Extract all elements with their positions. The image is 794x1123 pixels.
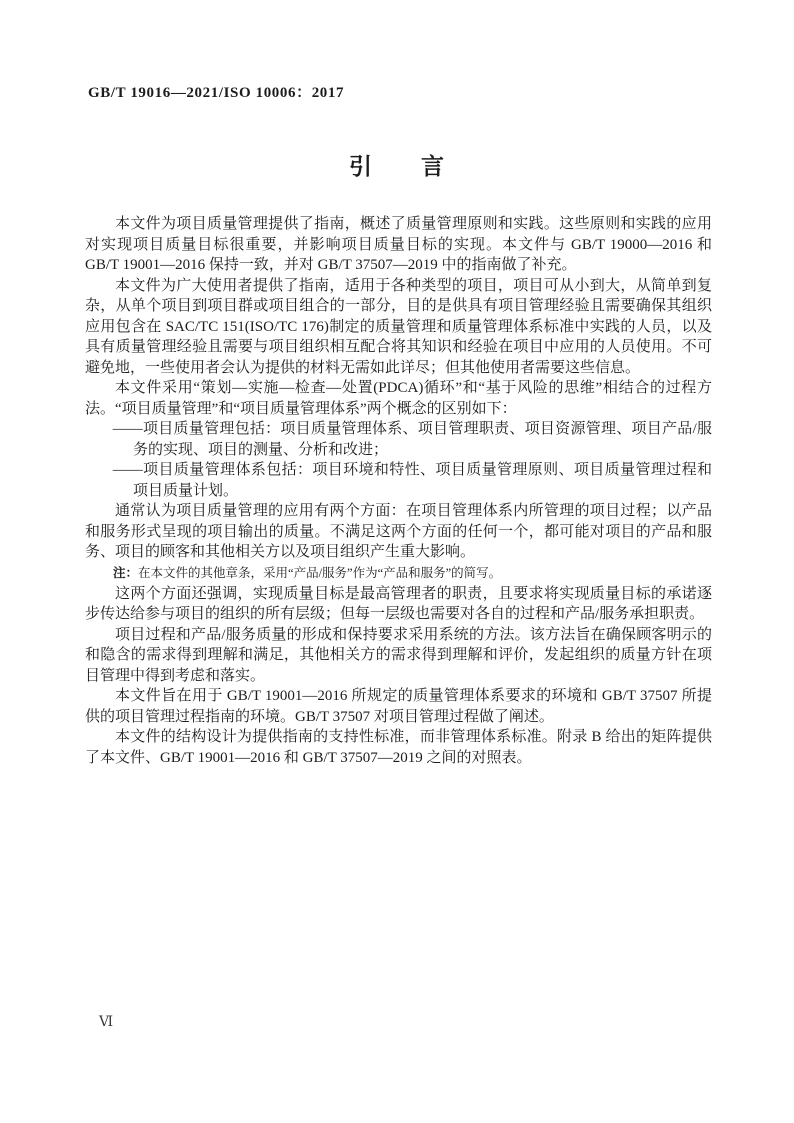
paragraph: 本文件旨在用于 GB/T 19001—2016 所规定的质量管理体系要求的环境和…	[85, 686, 712, 727]
introduction-body: 本文件为项目质量管理提供了指南，概述了质量管理原则和实践。这些原则和实践的应用对…	[85, 214, 712, 768]
standard-document-page: GB/T 19016—2021/ISO 10006：2017 引 言 本文件为项…	[0, 0, 794, 1123]
paragraph: 通常认为项目质量管理的应用有两个方面：在项目管理体系内所管理的项目过程；以产品和…	[85, 501, 712, 563]
paragraph: 这两个方面还强调，实现质量目标是最高管理者的职责，且要求将实现质量目标的承诺逐步…	[85, 584, 712, 625]
paragraph: 本文件为广大使用者提供了指南，适用于各种类型的项目，项目可从小到大，从简单到复杂…	[85, 276, 712, 379]
paragraph: 项目过程和产品/服务质量的形成和保持要求采用系统的方法。该方法旨在确保顾客明示的…	[85, 625, 712, 687]
page-number: Ⅵ	[99, 1014, 114, 1031]
dash-list-item: ——项目质量管理体系包括：项目环境和特性、项目质量管理原则、项目质量管理过程和项…	[85, 460, 712, 501]
paragraph: 本文件为项目质量管理提供了指南，概述了质量管理原则和实践。这些原则和实践的应用对…	[85, 214, 712, 276]
note-line: 注：在本文件的其他章条，采用“产品/服务”作为“产品和服务”的简写。	[85, 563, 712, 584]
note-label: 注：	[113, 566, 138, 580]
standard-number-header: GB/T 19016—2021/ISO 10006：2017	[88, 81, 344, 102]
paragraph: 本文件采用“策划—实施—检查—处置(PDCA)循环”和“基于风险的思维”相结合的…	[85, 378, 712, 419]
page-title: 引 言	[0, 148, 794, 181]
paragraph: 本文件的结构设计为提供指南的支持性标准，而非管理体系标准。附录 B 给出的矩阵提…	[85, 727, 712, 768]
dash-list-item: ——项目质量管理包括：项目质量管理体系、项目管理职责、项目资源管理、项目产品/服…	[85, 419, 712, 460]
note-text: 在本文件的其他章条，采用“产品/服务”作为“产品和服务”的简写。	[138, 566, 501, 580]
